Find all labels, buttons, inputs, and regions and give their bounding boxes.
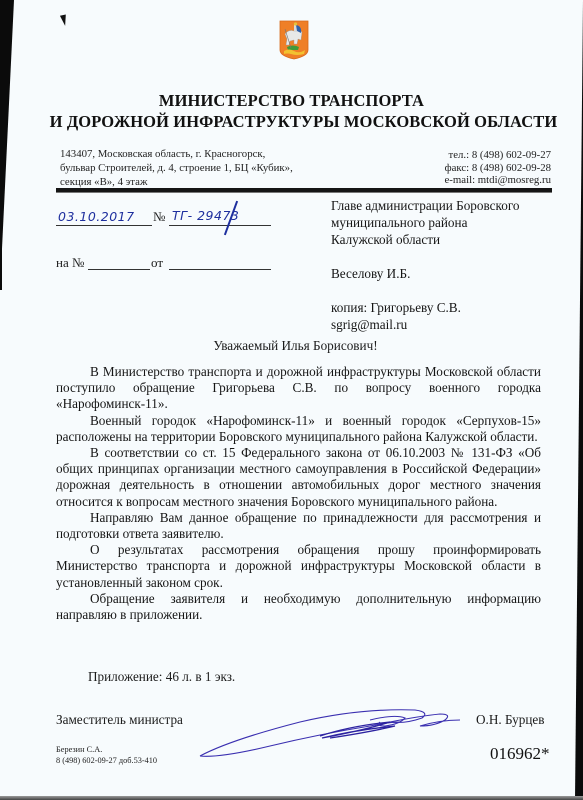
body-paragraph: Обращение заявителя и необходимую дополн… [56, 591, 541, 623]
scan-left-border-fill [0, 0, 2, 290]
address-line: 143407, Московская область, г. Красногор… [60, 147, 293, 161]
outgoing-date-handwritten: 03.10.2017 [58, 209, 135, 224]
ministry-name-line2: И ДОРОЖНОЙ ИНФРАСТРУКТУРЫ МОСКОВСКОЙ ОБЛ… [12, 112, 583, 132]
coat-of-arms-icon [279, 20, 309, 60]
incoming-number-blank [88, 269, 150, 270]
addressee-line: муниципального района [331, 214, 520, 231]
header-separator [56, 188, 552, 193]
scan-left-border [0, 0, 14, 290]
executor-name: Березин С.А. [56, 744, 157, 755]
letter-page: МИНИСТЕРСТВО ТРАНСПОРТА И ДОРОЖНОЙ ИНФРА… [0, 0, 583, 800]
body-paragraph: О результатах рассмотрения обращения про… [56, 542, 541, 591]
body-paragraph: Военный городок «Нарофоминск-11» и военн… [56, 413, 541, 445]
ministry-name-line1: МИНИСТЕРСТВО ТРАНСПОРТА [0, 91, 583, 111]
outgoing-number-label: № [153, 209, 165, 225]
body-paragraph: В Министерство транспорта и дорожной инф… [56, 364, 541, 413]
letter-body: В Министерство транспорта и дорожной инф… [56, 364, 541, 623]
outgoing-reference: 03.10.2017 № ТГ- 29473 [56, 207, 271, 227]
contact-fax: факс: 8 (498) 602-09-28 [445, 162, 552, 175]
addressee-line: Калужской области [331, 231, 520, 248]
copy-recipient-email: sgrig@mail.ru [331, 316, 520, 333]
copy-recipient: копия: Григорьеву С.В. [331, 299, 520, 316]
incoming-date-blank [169, 269, 271, 270]
outgoing-date-field: 03.10.2017 [56, 207, 152, 226]
address-line: секция «В», 4 этаж [60, 175, 293, 189]
scan-bottom-border [0, 796, 583, 800]
signer-title: Заместитель министра [56, 712, 183, 728]
incoming-number-label: на № [56, 255, 84, 271]
address-line: бульвар Строителей, д. 4, строение 1, БЦ… [60, 161, 293, 175]
signer-name: О.Н. Бурцев [476, 712, 545, 728]
incoming-reference: на № от [56, 255, 271, 273]
salutation: Уважаемый Илья Борисович! [0, 338, 583, 354]
ministry-contacts: тел.: 8 (498) 602-09-27 факс: 8 (498) 60… [445, 149, 552, 187]
handwritten-signature [190, 700, 470, 760]
executor-phone: 8 (498) 602-09-27 доб.53-410 [56, 755, 157, 766]
ministry-address: 143407, Московская область, г. Красногор… [60, 147, 293, 189]
body-paragraph: Направляю Вам данное обращение по принад… [56, 510, 541, 542]
registration-number: 016962* [490, 744, 550, 764]
body-paragraph: В соответствии со ст. 15 Федерального за… [56, 445, 541, 510]
addressee-block: Главе администрации Боровского муниципал… [331, 197, 520, 333]
outgoing-number-field: ТГ- 29473 [169, 207, 271, 226]
executor-info: Березин С.А. 8 (498) 602-09-27 доб.53-41… [56, 744, 157, 766]
scan-corner-mark [60, 14, 68, 26]
contact-phone: тел.: 8 (498) 602-09-27 [445, 149, 552, 162]
appendix-note: Приложение: 46 л. в 1 экз. [88, 669, 235, 685]
incoming-date-label: от [151, 255, 163, 271]
contact-email: e-mail: mtdi@mosreg.ru [445, 174, 552, 187]
addressee-name: Веселову И.Б. [331, 265, 520, 282]
addressee-line: Главе администрации Боровского [331, 197, 520, 214]
